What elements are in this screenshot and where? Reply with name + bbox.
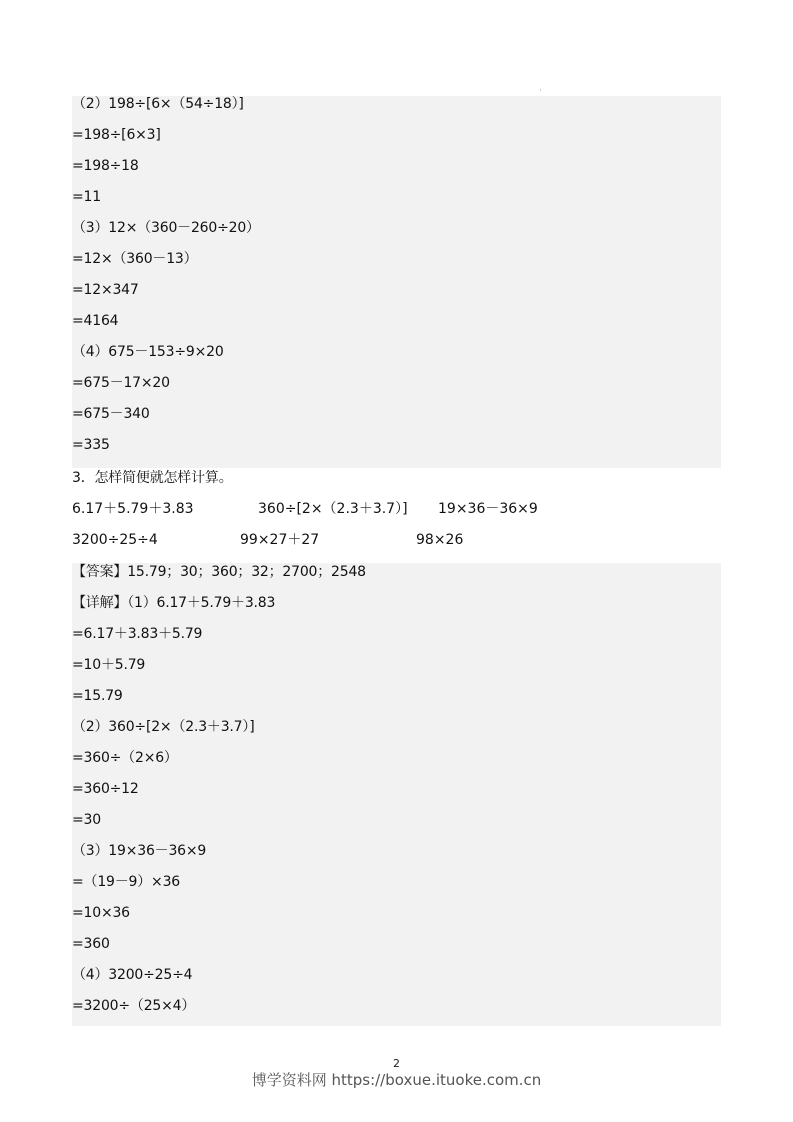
solution-line: =675－340 (72, 404, 150, 424)
solution-line: =675－17×20 (72, 373, 170, 393)
detail-line: 【详解】（1）6.17＋5.79＋3.83 (72, 593, 275, 613)
detail-line: =10＋5.79 (72, 655, 145, 675)
solution-line: =198÷[6×3] (72, 125, 161, 145)
detail-line: =3200÷（25×4） (72, 996, 195, 1016)
solution-block-shading (72, 96, 721, 468)
detail-line: =30 (72, 810, 101, 830)
solution-line: （4）675－153÷9×20 (72, 342, 224, 362)
solution-line: =11 (72, 187, 101, 207)
solution-line: =198÷18 (72, 156, 139, 176)
solution-line: =12×347 (72, 280, 139, 300)
solution-line: =12×（360－13） (72, 249, 197, 269)
detail-line: =360÷12 (72, 779, 139, 799)
expression: 99×27＋27 (240, 530, 319, 550)
stray-mark (540, 89, 541, 91)
expression: 19×36－36×9 (438, 499, 538, 519)
solution-line: =335 (72, 435, 110, 455)
footer-watermark: 博学资料网 https://boxue.ituoke.com.cn (0, 1070, 793, 1090)
detail-line: （4）3200÷25÷4 (72, 965, 192, 985)
expression: 98×26 (416, 530, 463, 550)
expression: 3200÷25÷4 (72, 530, 158, 550)
expression: 6.17＋5.79＋3.83 (72, 499, 194, 519)
document-page: （2）198÷[6×（54÷18）] =198÷[6×3] =198÷18 =1… (0, 0, 793, 1122)
expression: 360÷[2×（2.3＋3.7）] (258, 499, 408, 519)
detail-line: =（19－9）×36 (72, 872, 180, 892)
detail-line: =360÷（2×6） (72, 748, 178, 768)
detail-line: =6.17＋3.83＋5.79 (72, 624, 202, 644)
detail-line: =360 (72, 934, 110, 954)
detail-line: =15.79 (72, 686, 123, 706)
solution-line: =4164 (72, 311, 118, 331)
answer-line: 【答案】15.79；30；360；32；2700；2548 (72, 562, 366, 582)
solution-line: （3）12×（360－260÷20） (72, 218, 260, 238)
solution-line: （2）198÷[6×（54÷18）] (72, 94, 244, 114)
page-number: 2 (0, 1058, 793, 1070)
detail-line: =10×36 (72, 903, 130, 923)
question-title: 3．怎样简便就怎样计算。 (72, 468, 233, 488)
detail-line: （3）19×36－36×9 (72, 841, 206, 861)
detail-line: （2）360÷[2×（2.3＋3.7）] (72, 717, 254, 737)
